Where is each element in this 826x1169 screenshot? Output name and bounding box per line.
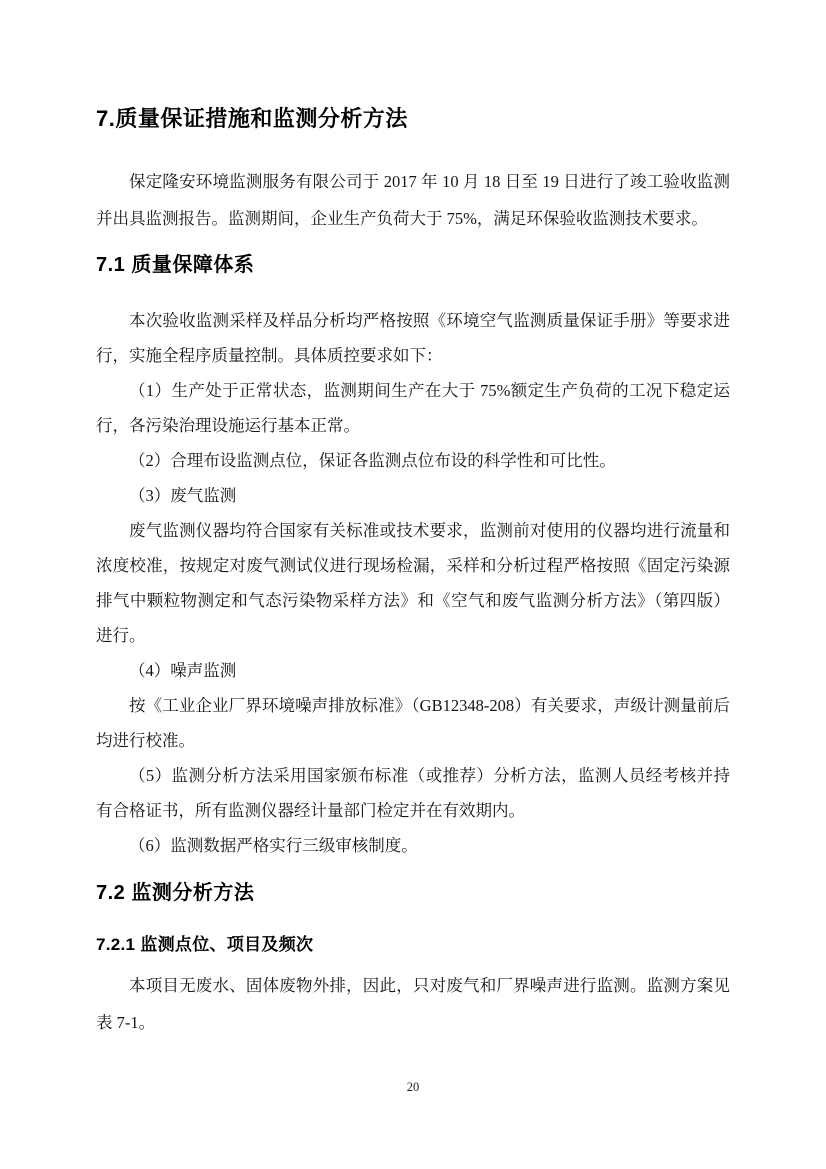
paragraph: （1）生产处于正常状态，监测期间生产在大于 75%额定生产负荷的工况下稳定运行，… <box>96 373 730 443</box>
closing-paragraph: 本项目无废水、固体废物外排，因此，只对废气和厂界噪声进行监测。监测方案见表 7-… <box>96 967 730 1041</box>
paragraph: 废气监测仪器均符合国家有关标准或技术要求，监测前对使用的仪器均进行流量和浓度校准… <box>96 513 730 653</box>
paragraph: （2）合理布设监测点位，保证各监测点位布设的科学性和可比性。 <box>96 443 730 478</box>
intro-paragraph: 保定隆安环境监测服务有限公司于 2017 年 10 月 18 日至 19 日进行… <box>96 163 730 237</box>
section-7-2-heading: 7.2 监测分析方法 <box>96 879 730 907</box>
paragraph: （4）噪声监测 <box>96 653 730 688</box>
paragraph: 本次验收监测采样及样品分析均严格按照《环境空气监测质量保证手册》等要求进行，实施… <box>96 303 730 373</box>
page-number: 20 <box>0 1080 826 1095</box>
paragraph: 按《工业企业厂界环境噪声排放标准》（GB12348-208）有关要求，声级计测量… <box>96 688 730 758</box>
paragraph: （5）监测分析方法采用国家颁布标准（或推荐）分析方法，监测人员经考核并持有合格证… <box>96 758 730 828</box>
chapter-title: 7.质量保证措施和监测分析方法 <box>96 104 730 135</box>
section-7-2-1-heading: 7.2.1 监测点位、项目及频次 <box>96 933 730 957</box>
document-page: 7.质量保证措施和监测分析方法 保定隆安环境监测服务有限公司于 2017 年 1… <box>0 0 826 1169</box>
paragraph: （3）废气监测 <box>96 478 730 513</box>
section-7-1-heading: 7.1 质量保障体系 <box>96 251 730 279</box>
paragraph: （6）监测数据严格实行三级审核制度。 <box>96 828 730 863</box>
